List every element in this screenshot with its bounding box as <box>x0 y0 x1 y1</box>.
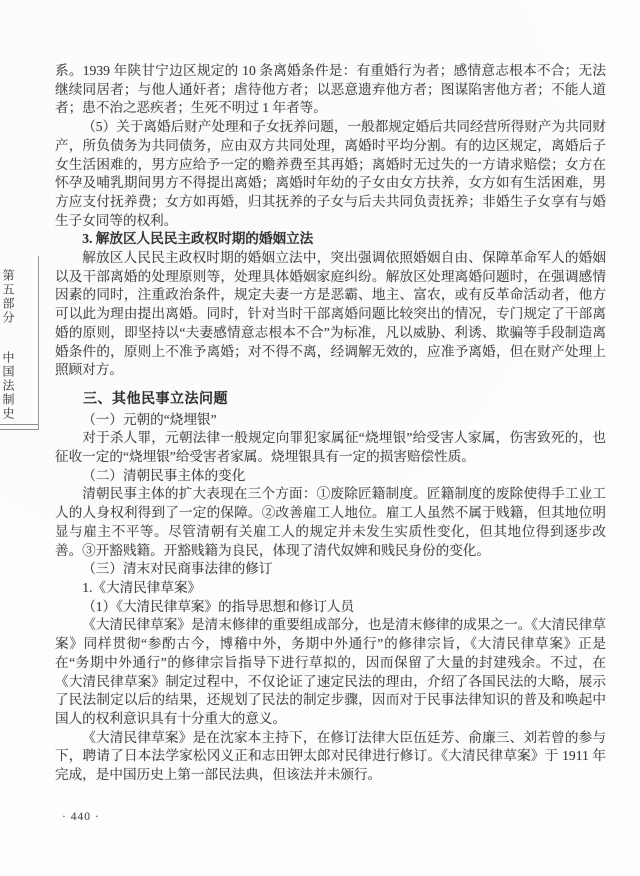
subheading-qing-civil-subjects: （二）清朝民事主体的变化 <box>55 467 606 486</box>
paragraph-caoan-principles: 《大清民律草案》是清末修律的重要组成部分，也是清末修律的成果之一。《大清民律草案… <box>55 616 606 728</box>
subheading-late-qing-revision: （三）清末对民商事法律的修订 <box>55 560 606 579</box>
chapter-tab: 第五部分中国法制史 <box>0 256 39 430</box>
subject-label: 中国法制史 <box>1 351 15 421</box>
book-page: 第五部分中国法制史 系。1939 年陕甘宁边区规定的 10 条离婚条件是：有重婚… <box>0 0 640 876</box>
paragraph-continuation: 系。1939 年陕甘宁边区规定的 10 条离婚条件是：有重婚行为者；感情意志根本… <box>55 62 606 118</box>
paragraph-liberated-areas: 解放区人民民主政权时期的婚姻立法中，突出强调依照婚姻自由、保障革命军人的婚姻以及… <box>55 249 606 380</box>
subheading-yuan-shaomaiyin: （一）元朝的“烧埋银” <box>55 411 606 430</box>
chapter-tab-text: 第五部分中国法制史 <box>0 256 22 430</box>
page-number: · 440 · <box>62 811 100 823</box>
part-label: 第五部分 <box>1 269 15 325</box>
paragraph-divorce-property: （5）关于离婚后财产处理和子女抚养问题，一般都规定婚后共同经营所得财产为共同财产… <box>55 118 606 230</box>
numbered-heading-liberated-areas: 3. 解放区人民民主政权时期的婚姻立法 <box>55 230 606 249</box>
subheading-guiding-thought: （1）《大清民律草案》的指导思想和修订人员 <box>55 598 606 617</box>
subheading-daqing-minlv-caoan: 1.《大清民律草案》 <box>55 579 606 598</box>
page-content: 系。1939 年陕甘宁边区规定的 10 条离婚条件是：有重婚行为者；感情意志根本… <box>55 62 606 785</box>
tab-double-rule <box>0 424 38 430</box>
paragraph-shaomaiyin: 对于杀人罪，元朝法律一般规定向罪犯家属征“烧埋银”给受害人家属，伤害致死的，也征… <box>55 429 606 466</box>
paragraph-caoan-drafters: 《大清民律草案》是在沈家本主持下，在修订法律大臣伍廷芳、俞廉三、刘若曾的参与下，… <box>55 729 606 785</box>
section-heading-other-civil-legislation: 三、其他民事立法问题 <box>55 389 606 408</box>
paragraph-qing-civil-subjects: 清朝民事主体的扩大表现在三个方面：①废除匠籍制度。匠籍制度的废除使得手工业工人的… <box>55 485 606 560</box>
